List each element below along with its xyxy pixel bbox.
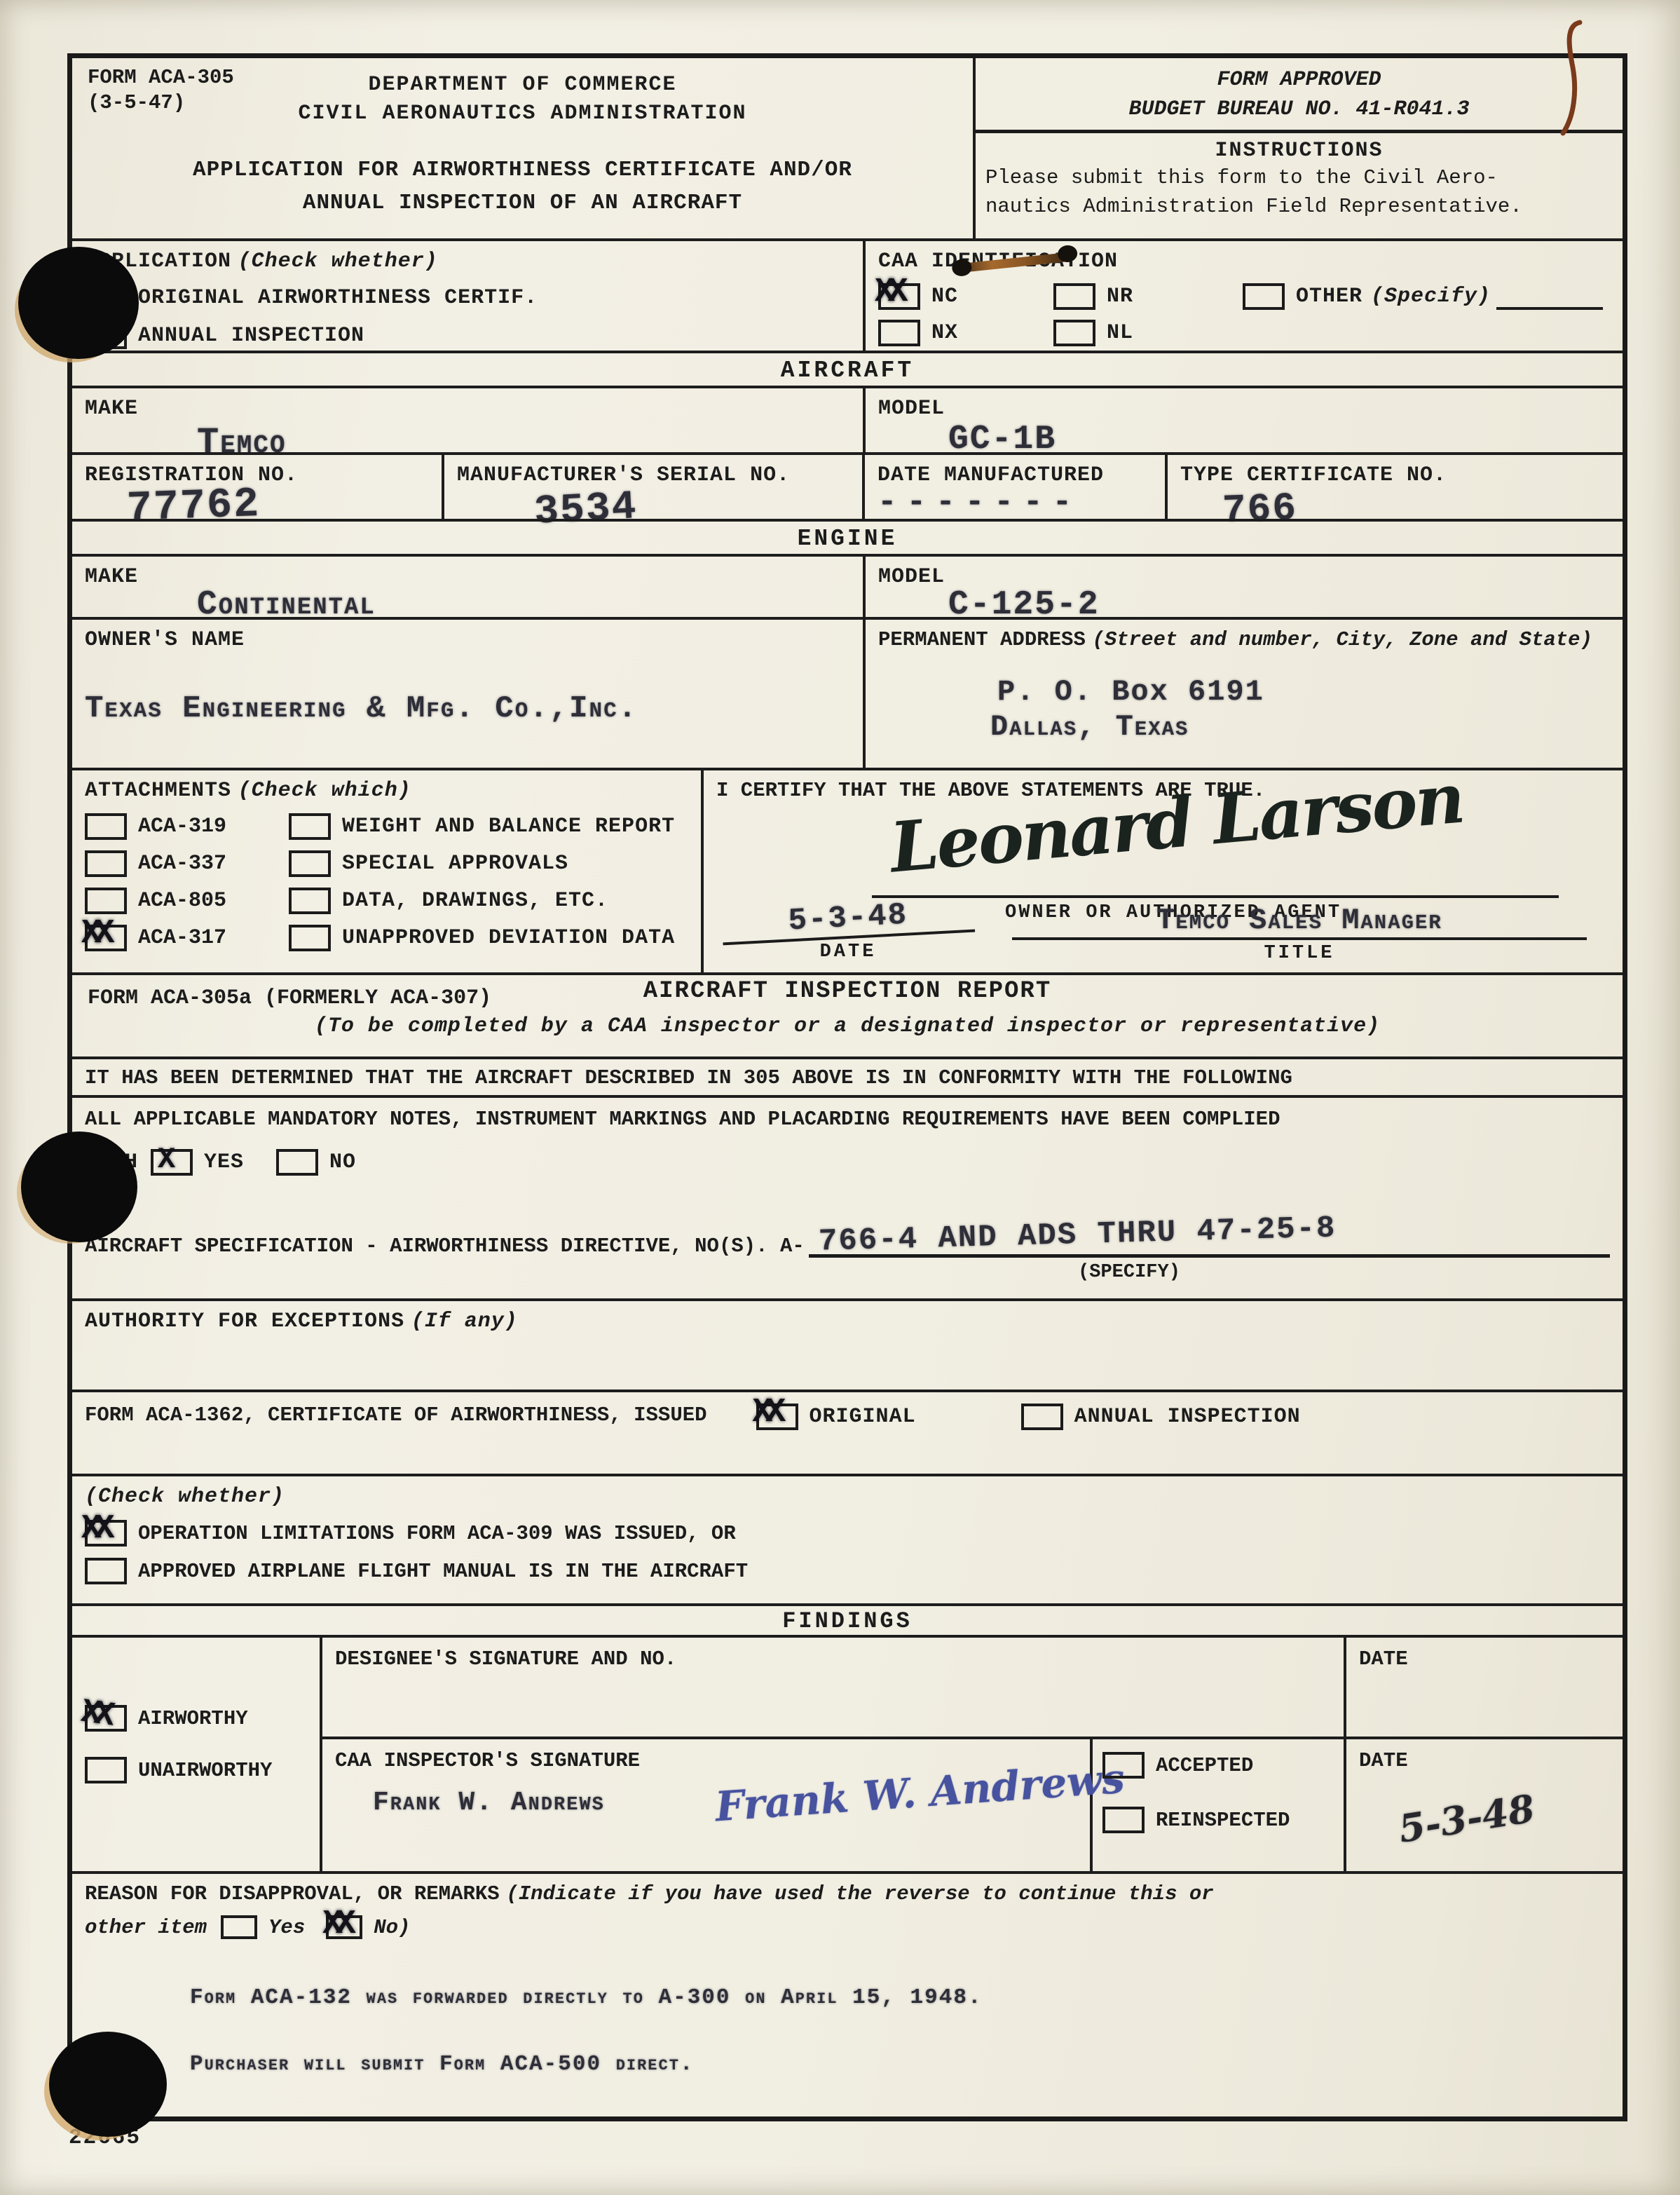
flight-manual-line: APPROVED AIRPLANE FLIGHT MANUAL IS IN TH… bbox=[85, 1558, 748, 1584]
aca-805-label: ACA-805 bbox=[138, 889, 289, 913]
checkbox-aca-317: XX bbox=[85, 925, 127, 951]
attachments-note: (Check which) bbox=[238, 779, 411, 803]
checkbox-remarks-yes bbox=[221, 1915, 257, 1939]
instructions-line2: nautics Administration Field Representat… bbox=[985, 193, 1613, 220]
specify-caption: (SPECIFY) bbox=[1010, 1262, 1248, 1283]
owner-name-label: OWNER'S NAME bbox=[85, 628, 245, 652]
checkbox-complied-no bbox=[276, 1149, 318, 1176]
address-line1: P. O. Box 6191 bbox=[997, 675, 1610, 709]
certification-title-value: Temco Sales Manager bbox=[1012, 904, 1587, 940]
checkbox-accepted bbox=[1102, 1752, 1145, 1779]
scanned-document: FORM ACA-305 (3-5-47) DEPARTMENT OF COMM… bbox=[0, 0, 1680, 2195]
instructions-line1: Please submit this form to the Civil Aer… bbox=[985, 164, 1613, 191]
checkbox-mark: XX bbox=[81, 1512, 108, 1546]
other-specify-note: (Specify) bbox=[1371, 285, 1491, 308]
form-1362-cell: FORM ACA-1362, CERTIFICATE OF AIRWORTHIN… bbox=[72, 1392, 1313, 1474]
yes-label: YES bbox=[204, 1150, 244, 1174]
inspector-date-value: 5-3-48 bbox=[1395, 1786, 1538, 1851]
attachments-label: ATTACHMENTS bbox=[85, 779, 231, 803]
findings-right: DESIGNEE'S SIGNATURE AND NO. DATE CAA IN… bbox=[322, 1638, 1623, 1871]
certification-title-label: TITLE bbox=[1012, 943, 1587, 964]
owner-name-value: Texas Engineering & Mfg. Co.,Inc. bbox=[85, 691, 850, 726]
page-title: APPLICATION FOR AIRWORTHINESS CERTIFICAT… bbox=[85, 154, 960, 219]
remarks-no-label: No) bbox=[374, 1916, 410, 1939]
owner-signature-script: Leonard Larson bbox=[887, 759, 1466, 889]
form-title-line1: APPLICATION FOR AIRWORTHINESS CERTIFICAT… bbox=[85, 154, 960, 187]
other-label: OTHER bbox=[1296, 285, 1363, 308]
engine-model-cell: MODEL C-125-2 bbox=[863, 557, 1623, 617]
specification-prefix: AIRCRAFT SPECIFICATION - AIRWORTHINESS D… bbox=[85, 1235, 805, 1258]
checkbox-mark: XX bbox=[322, 1908, 349, 1941]
attachments-section: ATTACHMENTS (Check which) ACA-319 WEIGHT… bbox=[72, 770, 701, 972]
checkbox-weight-balance bbox=[289, 813, 331, 840]
unapproved-deviation-label: UNAPPROVED DEVIATION DATA bbox=[342, 926, 675, 950]
aircraft-make-label: MAKE bbox=[85, 397, 138, 421]
address-label: PERMANENT ADDRESS bbox=[878, 628, 1086, 651]
checkbox-data-drawings bbox=[289, 888, 331, 914]
engine-section-header: ENGINE bbox=[72, 522, 1623, 554]
aircraft-section-header: AIRCRAFT bbox=[72, 353, 1623, 386]
authority-note: (If any) bbox=[411, 1310, 518, 1333]
reinspected-line: REINSPECTED bbox=[1102, 1807, 1334, 1833]
findings-table: XX AIRWORTHY UNAIRWORTHY DESIGNEE'S SIGN… bbox=[72, 1635, 1623, 1871]
checkbox-reinspected bbox=[1102, 1807, 1145, 1833]
checkbox-mark: X bbox=[158, 1145, 175, 1174]
form-revision: (3-5-47) bbox=[88, 90, 234, 116]
form-1362-row: FORM ACA-1362, CERTIFICATE OF AIRWORTHIN… bbox=[72, 1389, 1623, 1474]
punch-hole-middle bbox=[21, 1132, 137, 1242]
mandatory-statement: ALL APPLICABLE MANDATORY NOTES, INSTRUME… bbox=[85, 1108, 1610, 1131]
checkbox-airworthy: XX bbox=[85, 1705, 127, 1732]
unairworthy-label: UNAIRWORTHY bbox=[138, 1759, 272, 1782]
reinspected-label: REINSPECTED bbox=[1156, 1809, 1290, 1832]
caa-identification-section: CAA IDENTIFICATION XX NC NR OTHER (Speci… bbox=[863, 241, 1623, 351]
remarks-typed-line1: Form ACA-132 was forwarded directly to A… bbox=[190, 1985, 1610, 2010]
engine-make-cell: MAKE Continental bbox=[72, 557, 863, 617]
address-note: (Street and number, City, Zone and State… bbox=[1092, 628, 1592, 651]
issued-annual-label: ANNUAL INSPECTION bbox=[1074, 1405, 1301, 1429]
data-drawings-label: DATA, DRAWINGS, ETC. bbox=[342, 889, 608, 913]
operation-limitations-label: OPERATION LIMITATIONS FORM ACA-309 WAS I… bbox=[138, 1522, 736, 1545]
remarks-label: REASON FOR DISAPPROVAL, OR REMARKS bbox=[85, 1882, 500, 1905]
aircraft-make-cell: MAKE Temco bbox=[72, 388, 863, 452]
check-whether-cell: (Check whether) XX OPERATION LIMITATIONS… bbox=[72, 1476, 760, 1603]
punch-hole-bottom bbox=[49, 2032, 167, 2137]
form-approved-line: FORM APPROVED bbox=[980, 65, 1618, 95]
certification-section: I CERTIFY THAT THE ABOVE STATEMENTS ARE … bbox=[701, 770, 1623, 972]
aircraft-make-row: MAKE Temco MODEL GC-1B bbox=[72, 386, 1623, 452]
issued-original-label: ORIGINAL bbox=[810, 1405, 916, 1429]
checkbox-aca-319 bbox=[85, 813, 127, 840]
findings-band-row: FINDINGS bbox=[72, 1603, 1623, 1635]
no-label: NO bbox=[329, 1150, 356, 1174]
form-1362-statement: FORM ACA-1362, CERTIFICATE OF AIRWORTHIN… bbox=[85, 1404, 707, 1427]
authority-label: AUTHORITY FOR EXCEPTIONS bbox=[85, 1310, 404, 1333]
checkbox-aca-337 bbox=[85, 850, 127, 877]
checkbox-remarks-no: XX bbox=[326, 1915, 362, 1939]
accepted-label: ACCEPTED bbox=[1156, 1754, 1253, 1777]
weight-balance-label: WEIGHT AND BALANCE REPORT bbox=[342, 815, 675, 838]
header-row: FORM ACA-305 (3-5-47) DEPARTMENT OF COMM… bbox=[72, 58, 1623, 238]
aircraft-specification-line: AIRCRAFT SPECIFICATION - AIRWORTHINESS D… bbox=[85, 1218, 1610, 1258]
instructions-box: INSTRUCTIONS Please submit this form to … bbox=[976, 133, 1623, 226]
checkbox-unairworthy bbox=[85, 1757, 127, 1783]
original-airworthiness-label: ORIGINAL AIRWORTHINESS CERTIF. bbox=[138, 286, 538, 310]
checkbox-special-approvals bbox=[289, 850, 331, 877]
nc-label: NC bbox=[931, 285, 958, 308]
attachment-row-2: ACA-337 SPECIAL APPROVALS bbox=[85, 850, 688, 877]
form-number-block: FORM ACA-305 (3-5-47) bbox=[88, 65, 234, 116]
engine-make-label: MAKE bbox=[85, 565, 138, 589]
punch-hole-top bbox=[18, 247, 139, 359]
engine-make-row: MAKE Continental MODEL C-125-2 bbox=[72, 554, 1623, 617]
form-aca-305: FORM ACA-305 (3-5-47) DEPARTMENT OF COMM… bbox=[67, 53, 1627, 2121]
complied-with-line: WITH X YES NO bbox=[85, 1149, 1610, 1176]
certification-title-block: Temco Sales Manager TITLE bbox=[1012, 904, 1587, 964]
aircraft-band-row: AIRCRAFT bbox=[72, 351, 1623, 386]
unairworthy-line: UNAIRWORTHY bbox=[85, 1757, 310, 1783]
accepted-line: ACCEPTED bbox=[1102, 1752, 1334, 1779]
application-option-original: XX ORIGINAL AIRWORTHINESS CERTIF. bbox=[85, 285, 850, 311]
inspector-date-label: DATE bbox=[1359, 1749, 1610, 1772]
aircraft-registration-row: REGISTRATION NO. 77762 MANUFACTURER'S SE… bbox=[72, 452, 1623, 519]
attachments-row: ATTACHMENTS (Check which) ACA-319 WEIGHT… bbox=[72, 768, 1623, 972]
remarks-cell: REASON FOR DISAPPROVAL, OR REMARKS (Indi… bbox=[72, 1874, 1623, 2085]
designee-label: DESIGNEE'S SIGNATURE AND NO. bbox=[335, 1647, 676, 1671]
designee-date-cell: DATE bbox=[1344, 1638, 1623, 1737]
certification-date-label: DATE bbox=[722, 942, 974, 963]
checkbox-mark: XX bbox=[753, 1396, 779, 1429]
nl-label: NL bbox=[1107, 321, 1133, 345]
header-left: FORM ACA-305 (3-5-47) DEPARTMENT OF COMM… bbox=[72, 58, 973, 238]
aca-317-label: ACA-317 bbox=[138, 926, 289, 950]
remarks-note-line2-wrap: other item Yes XX No) bbox=[85, 1915, 1610, 1939]
inspector-date-cell: DATE 5-3-48 bbox=[1344, 1739, 1623, 1871]
aca-319-label: ACA-319 bbox=[138, 815, 289, 838]
mandatory-notes-row: ALL APPLICABLE MANDATORY NOTES, INSTRUME… bbox=[72, 1095, 1623, 1298]
application-section: APPLICATION (Check whether) XX ORIGINAL … bbox=[72, 241, 863, 351]
header-right: FORM APPROVED BUDGET BUREAU NO. 41-R041.… bbox=[973, 58, 1623, 238]
operation-limitations-line: XX OPERATION LIMITATIONS FORM ACA-309 WA… bbox=[85, 1520, 748, 1547]
inspector-signature-cell: CAA INSPECTOR'S SIGNATURE Frank W. Andre… bbox=[322, 1739, 1090, 1871]
checkbox-issued-annual bbox=[1021, 1404, 1063, 1430]
checkbox-issued-original: XX bbox=[756, 1404, 798, 1430]
registration-cell: REGISTRATION NO. 77762 bbox=[72, 455, 442, 519]
designee-row: DESIGNEE'S SIGNATURE AND NO. DATE bbox=[322, 1638, 1623, 1739]
checkbox-nc: XX bbox=[878, 283, 920, 310]
other-specify-line bbox=[1496, 283, 1603, 310]
airworthy-column: XX AIRWORTHY UNAIRWORTHY bbox=[72, 1638, 322, 1871]
date-manufactured-value: ------- bbox=[877, 484, 1152, 521]
aca-337-label: ACA-337 bbox=[138, 852, 289, 876]
attachment-row-1: ACA-319 WEIGHT AND BALANCE REPORT bbox=[85, 813, 688, 840]
authority-row: AUTHORITY FOR EXCEPTIONS (If any) bbox=[72, 1298, 1623, 1389]
inspection-report-header-row: FORM ACA-305a (FORMERLY ACA-307) AIRCRAF… bbox=[72, 972, 1623, 1056]
determined-row: IT HAS BEEN DETERMINED THAT THE AIRCRAFT… bbox=[72, 1056, 1623, 1095]
checkbox-flight-manual bbox=[85, 1558, 127, 1584]
remarks-note-line1: (Indicate if you have used the reverse t… bbox=[506, 1882, 1213, 1905]
inspection-report-subtitle: (To be completed by a CAA inspector or a… bbox=[72, 1014, 1623, 1038]
checkbox-aca-805 bbox=[85, 888, 127, 914]
checkbox-other bbox=[1243, 283, 1285, 310]
checkbox-mark: XX bbox=[81, 917, 108, 951]
specification-value: 766-4 AND ADS THRU 47-25-8 bbox=[818, 1211, 1337, 1259]
engine-model-label: MODEL bbox=[878, 565, 945, 589]
remarks-yes-label: Yes bbox=[268, 1916, 305, 1939]
certification-date-block: 5-3-48 DATE bbox=[722, 901, 974, 963]
owner-address-cell: PERMANENT ADDRESS (Street and number, Ci… bbox=[863, 620, 1623, 768]
engine-band-row: ENGINE bbox=[72, 519, 1623, 554]
flight-manual-label: APPROVED AIRPLANE FLIGHT MANUAL IS IN TH… bbox=[138, 1560, 748, 1583]
findings-section-header: FINDINGS bbox=[72, 1606, 1623, 1635]
checkbox-operation-limitations: XX bbox=[85, 1520, 127, 1547]
check-whether-label: (Check whether) bbox=[85, 1485, 748, 1509]
application-note: (Check whether) bbox=[238, 250, 438, 273]
special-approvals-label: SPECIAL APPROVALS bbox=[342, 852, 568, 876]
owner-name-cell: OWNER'S NAME Texas Engineering & Mfg. Co… bbox=[72, 620, 863, 768]
serial-cell: MANUFACTURER'S SERIAL NO. 3534 bbox=[442, 455, 862, 519]
designee-cell: DESIGNEE'S SIGNATURE AND NO. bbox=[322, 1638, 1344, 1737]
aircraft-model-cell: MODEL GC-1B bbox=[863, 388, 1623, 452]
caa-row-1: XX NC NR OTHER (Specify) bbox=[878, 283, 1610, 310]
application-option-annual: ANNUAL INSPECTION bbox=[85, 322, 850, 349]
remarks-typed-line2: Purchaser will submit Form ACA-500 direc… bbox=[190, 2052, 1610, 2077]
airworthy-label: AIRWORTHY bbox=[138, 1707, 248, 1730]
checkbox-mark: XX bbox=[79, 1696, 110, 1733]
annual-inspection-label: ANNUAL INSPECTION bbox=[138, 324, 364, 348]
mandatory-notes-cell: ALL APPLICABLE MANDATORY NOTES, INSTRUME… bbox=[72, 1098, 1623, 1291]
certification-date-value: 5-3-48 bbox=[721, 895, 975, 946]
owner-signature-line bbox=[872, 895, 1559, 898]
form-number: FORM ACA-305 bbox=[88, 65, 234, 90]
check-whether-row: (Check whether) XX OPERATION LIMITATIONS… bbox=[72, 1474, 1623, 1603]
nx-label: NX bbox=[931, 321, 958, 345]
application-row: APPLICATION (Check whether) XX ORIGINAL … bbox=[72, 238, 1623, 351]
checkbox-nl bbox=[1053, 320, 1095, 346]
determined-cell: IT HAS BEEN DETERMINED THAT THE AIRCRAFT… bbox=[72, 1059, 1305, 1095]
checkbox-nr bbox=[1053, 283, 1095, 310]
authority-cell: AUTHORITY FOR EXCEPTIONS (If any) bbox=[72, 1301, 531, 1389]
checkbox-unapproved-deviation bbox=[289, 925, 331, 951]
attachment-row-3: ACA-805 DATA, DRAWINGS, ETC. bbox=[85, 888, 688, 914]
accepted-cell: ACCEPTED REINSPECTED bbox=[1090, 1739, 1344, 1871]
checkbox-complied-yes: X bbox=[151, 1149, 193, 1176]
designee-date-label: DATE bbox=[1359, 1647, 1408, 1671]
form-305a-number: FORM ACA-305a (FORMERLY ACA-307) bbox=[88, 986, 491, 1010]
remarks-row: REASON FOR DISAPPROVAL, OR REMARKS (Indi… bbox=[72, 1871, 1623, 2116]
address-line2: Dallas, Texas bbox=[990, 710, 1610, 744]
ink-bracket-mark bbox=[1553, 18, 1595, 137]
remarks-note-line2: other item bbox=[85, 1916, 207, 1939]
specification-entry-line: 766-4 AND ADS THRU 47-25-8 bbox=[809, 1218, 1610, 1258]
date-manufactured-label: DATE MANUFACTURED bbox=[877, 463, 1104, 487]
checkbox-mark: XX bbox=[875, 276, 901, 309]
attachment-row-4: XX ACA-317 UNAPPROVED DEVIATION DATA bbox=[85, 925, 688, 951]
form-title-line2: ANNUAL INSPECTION OF AN AIRCRAFT bbox=[85, 187, 960, 220]
checkbox-nx bbox=[878, 320, 920, 346]
type-certificate-cell: TYPE CERTIFICATE NO. 766 bbox=[1165, 455, 1623, 519]
budget-approval-box: FORM APPROVED BUDGET BUREAU NO. 41-R041.… bbox=[976, 58, 1623, 133]
nr-label: NR bbox=[1107, 285, 1133, 308]
caa-row-2: NX NL bbox=[878, 320, 1610, 346]
inspector-row: CAA INSPECTOR'S SIGNATURE Frank W. Andre… bbox=[322, 1739, 1623, 1871]
airworthy-line: XX AIRWORTHY bbox=[85, 1705, 310, 1732]
budget-bureau-line: BUDGET BUREAU NO. 41-R041.3 bbox=[980, 95, 1618, 124]
date-manufactured-cell: DATE MANUFACTURED ------- bbox=[862, 455, 1165, 519]
determined-statement: IT HAS BEEN DETERMINED THAT THE AIRCRAFT… bbox=[85, 1066, 1292, 1089]
instructions-title: INSTRUCTIONS bbox=[985, 139, 1613, 163]
owner-row: OWNER'S NAME Texas Engineering & Mfg. Co… bbox=[72, 617, 1623, 768]
aircraft-model-label: MODEL bbox=[878, 397, 945, 421]
